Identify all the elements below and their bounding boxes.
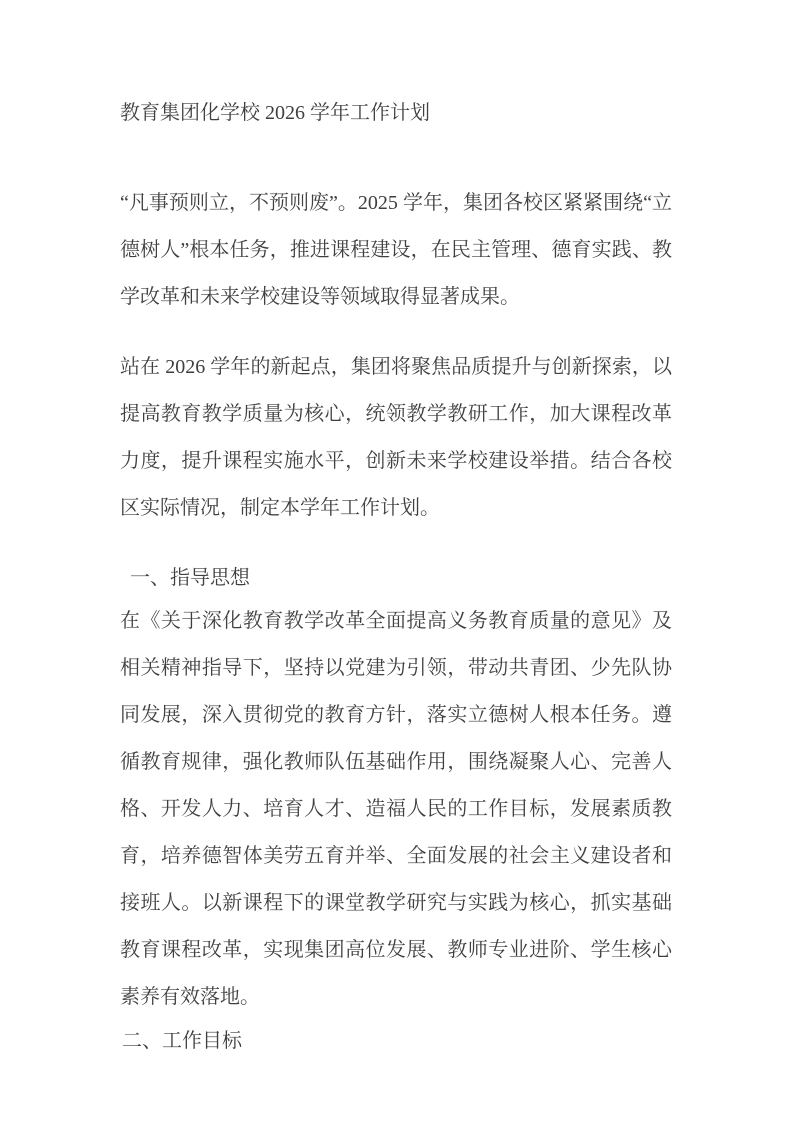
section-1-body: 在《关于深化教育教学改革全面提高义务教育质量的意见》及相关精神指导下，坚持以党建… [120,598,672,1021]
intro-paragraph-2: 站在 2026 学年的新起点，集团将聚焦品质提升与创新探索，以提高教育教学质量为… [120,344,672,532]
document-page: 教育集团化学校 2026 学年工作计划 “凡事预则立，不预则废”。2025 学年… [0,0,793,1122]
section-1-heading: 一、指导思想 [120,558,672,598]
intro-paragraph-1: “凡事预则立，不预则废”。2025 学年，集团各校区紧紧围绕“立德树人”根本任务… [120,180,672,321]
document-title: 教育集团化学校 2026 学年工作计划 [120,90,672,137]
section-2-heading: 二、工作目标 [120,1021,672,1061]
